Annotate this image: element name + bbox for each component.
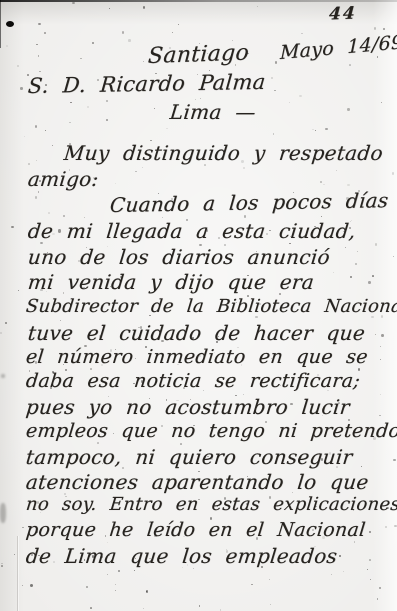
addressee: S. D. Ricardo Palma — [27, 70, 267, 98]
noise-speck — [347, 184, 350, 186]
noise-speck — [146, 590, 148, 592]
noise-speck — [374, 27, 376, 30]
body-15: de Lima que los empleados — [25, 544, 339, 568]
noise-speck — [172, 32, 173, 33]
body-7: el número inmediato en que se — [25, 346, 369, 368]
noise-speck — [35, 125, 37, 128]
paper-crease — [17, 536, 18, 611]
noise-speck — [274, 90, 275, 91]
noise-speck — [86, 586, 88, 588]
noise-speck — [135, 171, 137, 173]
noise-speck — [375, 334, 376, 335]
dateline-city: Santiago — [147, 40, 250, 69]
noise-speck — [38, 55, 39, 57]
noise-speck — [38, 191, 39, 193]
noise-speck — [109, 8, 110, 9]
noise-speck — [48, 212, 50, 214]
noise-speck — [199, 605, 200, 606]
noise-speck — [251, 584, 253, 585]
noise-speck — [1, 565, 3, 567]
noise-speck — [69, 122, 70, 123]
noise-speck — [0, 332, 2, 334]
noise-speck — [331, 574, 332, 575]
noise-speck — [375, 243, 377, 246]
body-9: pues yo no acostumbro lucir — [25, 395, 351, 419]
noise-speck — [63, 215, 65, 217]
noise-speck — [380, 394, 381, 395]
noise-speck — [275, 61, 277, 63]
edge-smudge — [0, 503, 6, 523]
noise-speck — [393, 459, 395, 461]
noise-speck — [18, 290, 19, 291]
noise-speck — [106, 119, 108, 121]
noise-speck — [369, 559, 371, 561]
body-14: porque he leído en el Nacional — [25, 519, 367, 541]
noise-speck — [45, 130, 46, 131]
noise-speck — [193, 568, 194, 569]
noise-speck — [381, 334, 384, 337]
paper-spot — [30, 584, 33, 587]
noise-speck — [14, 554, 15, 555]
addressee-place: Lima — — [169, 100, 257, 124]
noise-speck — [44, 32, 46, 34]
body-5: Subdirector de la Biblioteca Nacional, — [25, 296, 397, 317]
ink-blot — [6, 21, 14, 27]
noise-speck — [379, 587, 381, 588]
noise-speck — [166, 128, 168, 130]
noise-speck — [392, 172, 395, 175]
noise-speck — [36, 44, 38, 45]
noise-speck — [269, 579, 270, 580]
scan-top-edge — [0, 0, 397, 2]
noise-speck — [349, 64, 351, 66]
noise-speck — [35, 196, 37, 199]
noise-speck — [379, 415, 380, 416]
noise-speck — [270, 604, 271, 605]
noise-speck — [22, 585, 23, 586]
noise-speck — [178, 24, 179, 25]
body-10: empleos que no tengo ni pretendo — [25, 420, 397, 442]
noise-speck — [355, 263, 357, 265]
noise-speck — [115, 584, 116, 585]
noise-speck — [273, 133, 275, 135]
noise-speck — [38, 23, 41, 25]
noise-speck — [28, 163, 30, 165]
noise-speck — [394, 525, 396, 527]
noise-speck — [381, 102, 382, 103]
body-13: no soy. Entro en estas explicaciones — [25, 494, 397, 515]
noise-speck — [97, 442, 98, 444]
noise-speck — [289, 102, 290, 103]
noise-speck — [368, 281, 371, 284]
noise-speck — [299, 95, 302, 97]
edge-spot — [1, 374, 5, 378]
noise-speck — [354, 541, 356, 543]
noise-speck — [24, 136, 25, 137]
noise-speck — [243, 167, 245, 169]
noise-speck — [5, 322, 6, 324]
noise-speck — [385, 526, 387, 528]
body-2: de mi llegada a esta ciudad, — [27, 219, 357, 243]
noise-speck — [244, 215, 247, 217]
noise-speck — [107, 574, 108, 575]
noise-speck — [345, 247, 346, 248]
noise-speck — [39, 71, 41, 72]
noise-speck — [323, 184, 325, 185]
noise-speck — [380, 346, 382, 347]
noise-speck — [393, 256, 395, 257]
noise-speck — [128, 39, 130, 42]
noise-speck — [92, 42, 94, 44]
body-6: tuve el cuidado de hacer que — [27, 321, 367, 345]
folio-number: 44 — [328, 3, 357, 24]
noise-speck — [146, 591, 148, 593]
noise-speck — [115, 590, 116, 591]
noise-speck — [369, 531, 372, 533]
noise-speck — [20, 87, 22, 90]
noise-speck — [372, 275, 374, 277]
scan-left-edge — [0, 0, 1, 48]
body-1: Cuando a los pocos días — [109, 188, 390, 217]
noise-speck — [333, 272, 334, 273]
noise-speck — [106, 100, 108, 102]
dateline-date: Mayo 14/69 — [280, 31, 397, 64]
noise-speck — [90, 607, 92, 609]
noise-speck — [80, 58, 82, 60]
noise-speck — [321, 216, 322, 217]
noise-speck — [6, 45, 9, 47]
salutation-1: Muy distinguido y respetado — [63, 141, 384, 165]
noise-speck — [347, 108, 350, 111]
noise-speck — [52, 145, 54, 146]
noise-speck — [87, 106, 90, 108]
noise-speck — [320, 181, 322, 183]
body-11: tampoco, ni quiero conseguir — [25, 445, 354, 469]
noise-speck — [271, 77, 273, 80]
noise-speck — [72, 2, 74, 4]
noise-speck — [162, 217, 163, 218]
noise-speck — [350, 276, 352, 279]
noise-speck — [36, 160, 37, 161]
body-12: atenciones aparentando lo que — [25, 470, 370, 494]
noise-speck — [357, 251, 358, 252]
noise-speck — [134, 570, 136, 572]
noise-speck — [22, 527, 24, 528]
letter-page: 44 SantiagoMayo 14/69S. D. Ricardo Palma… — [0, 0, 397, 611]
noise-speck — [118, 570, 120, 572]
noise-speck — [17, 65, 19, 67]
body-8: daba esa noticia se rectificara; — [25, 370, 361, 392]
noise-speck — [361, 466, 362, 467]
noise-speck — [301, 33, 302, 34]
noise-speck — [377, 56, 379, 57]
body-3: uno de los diarios anunció — [27, 245, 331, 269]
body-4: mi venida y dijo que era — [27, 270, 316, 294]
noise-speck — [11, 226, 14, 228]
noise-speck — [377, 598, 379, 600]
noise-speck — [143, 608, 144, 609]
noise-speck — [336, 170, 337, 171]
noise-speck — [339, 555, 341, 556]
noise-speck — [367, 569, 368, 571]
noise-speck — [343, 571, 344, 572]
noise-speck — [142, 167, 143, 168]
noise-speck — [315, 130, 316, 131]
noise-speck — [325, 128, 327, 130]
noise-speck — [115, 183, 116, 184]
noise-speck — [312, 129, 313, 130]
noise-speck — [370, 579, 371, 580]
noise-speck — [383, 28, 385, 30]
noise-speck — [122, 31, 125, 34]
noise-speck — [143, 61, 144, 62]
noise-speck — [143, 6, 145, 9]
noise-speck — [70, 102, 71, 103]
salutation-2: amigo: — [27, 167, 100, 191]
noise-speck — [154, 108, 155, 109]
noise-speck — [1, 563, 3, 565]
